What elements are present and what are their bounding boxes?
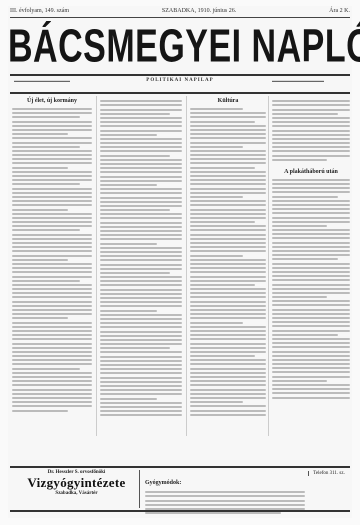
article-column-4: A plakátháború után xyxy=(272,98,350,401)
advertisement-banner: Dr. Hesszler S. orvosfőnöki Vizgyógyinté… xyxy=(10,466,350,512)
ad-spa: Dr. Hesszler S. orvosfőnöki Vizgyógyinté… xyxy=(14,470,140,508)
ad-treatments: Gyógymódok: xyxy=(145,471,305,516)
article-column-2 xyxy=(100,98,182,418)
column-rule xyxy=(186,96,187,436)
issue-number: III. évfolyam, 149. szám xyxy=(10,8,69,14)
ad-phone: Telefon 311. sz. xyxy=(308,471,349,476)
article-body-top xyxy=(272,100,350,161)
issue-price: Ára 2 K. xyxy=(329,8,350,14)
issue-date: SZABADKA, 1910. június 26. xyxy=(162,8,236,14)
divider xyxy=(10,74,350,76)
issue-info-bar: III. évfolyam, 149. szám SZABADKA, 1910.… xyxy=(10,8,350,14)
divider xyxy=(10,17,350,18)
article-heading: A plakátháború után xyxy=(272,169,350,175)
ad-spa-address: Szabadka, Vásártér xyxy=(14,491,139,496)
article-body xyxy=(190,108,266,416)
article-column-1: Új élet, új kormány xyxy=(12,98,92,414)
ad-spa-title: Vizgyógyintézete xyxy=(14,475,139,491)
office-info: ▬▬▬▬▬▬▬▬▬▬▬▬▬ xyxy=(272,78,324,83)
column-rule xyxy=(96,96,97,436)
subscription-info: ▬▬▬▬▬▬▬▬▬▬▬▬▬▬ xyxy=(14,78,70,83)
newspaper-subtitle: POLITIKAI NAPILAP xyxy=(110,78,250,83)
ad-treatments-label: Gyógymódok: xyxy=(145,480,181,486)
article-body xyxy=(272,179,350,399)
column-rule xyxy=(268,96,269,436)
article-heading: Új élet, új kormány xyxy=(12,98,92,104)
divider xyxy=(10,92,350,94)
article-body xyxy=(100,100,182,416)
article-body xyxy=(12,108,92,412)
article-heading: Kültúra xyxy=(190,98,266,104)
article-column-3: Kültúra xyxy=(190,98,266,418)
newspaper-title: BÁCSMEGYEI NAPLÓ xyxy=(8,21,352,74)
